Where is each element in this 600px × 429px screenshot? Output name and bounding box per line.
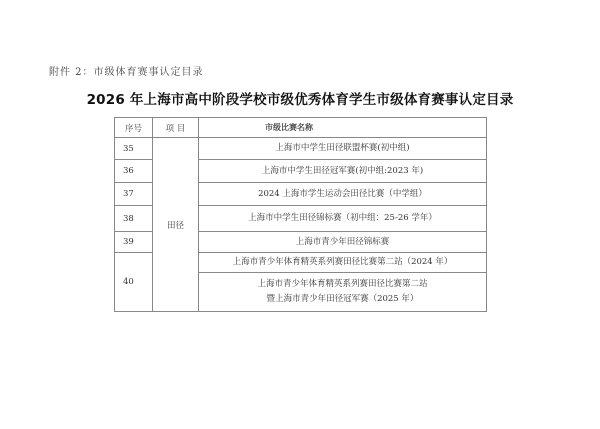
row-serial: 39 — [115, 232, 153, 253]
header-serial: 序号 — [115, 118, 153, 138]
competition-name: 上海市中学生田径冠军赛(初中组:2023 年) — [199, 160, 487, 183]
competition-name: 上海市青少年体育精英系列赛田径比赛第二站（2024 年） — [199, 253, 487, 273]
competition-name: 上海市中学生田径联盟杯赛(初中组) — [199, 138, 487, 160]
competition-name: 2024 上海市学生运动会田径比赛（中学组） — [199, 183, 487, 206]
row-serial: 35 — [115, 138, 153, 160]
competition-name-line: 暨上海市青少年田径冠军赛（2025 年） — [199, 292, 486, 307]
competition-name: 上海市青少年田径锦标赛 — [199, 232, 487, 253]
row-serial: 36 — [115, 160, 153, 183]
sport-cell: 田径 — [153, 138, 199, 312]
table-header-row: 序号 项 目 市级比赛名称 — [115, 118, 487, 138]
header-competition-name: 市级比赛名称 — [199, 118, 487, 138]
competition-table: 序号 项 目 市级比赛名称 35 田径 上海市中学生田径联盟杯赛(初中组) 36… — [114, 117, 487, 312]
row-serial: 38 — [115, 206, 153, 232]
competition-name-line: 上海市青少年体育精英系列赛田径比赛第二站 — [199, 277, 486, 292]
page-title: 2026 年上海市高中阶段学校市级优秀体育学生市级体育赛事认定目录 — [0, 88, 600, 108]
row-serial: 40 — [115, 253, 153, 312]
competition-name: 上海市中学生田径锦标赛（初中组：25-26 学年） — [199, 206, 487, 232]
table-row: 35 田径 上海市中学生田径联盟杯赛(初中组) — [115, 138, 487, 160]
header-item: 项 目 — [153, 118, 199, 138]
competition-name-multiline: 上海市青少年体育精英系列赛田径比赛第二站 暨上海市青少年田径冠军赛（2025 年… — [199, 273, 487, 312]
attachment-label: 附件 2：市级体育赛事认定目录 — [49, 63, 204, 78]
row-serial: 37 — [115, 183, 153, 206]
